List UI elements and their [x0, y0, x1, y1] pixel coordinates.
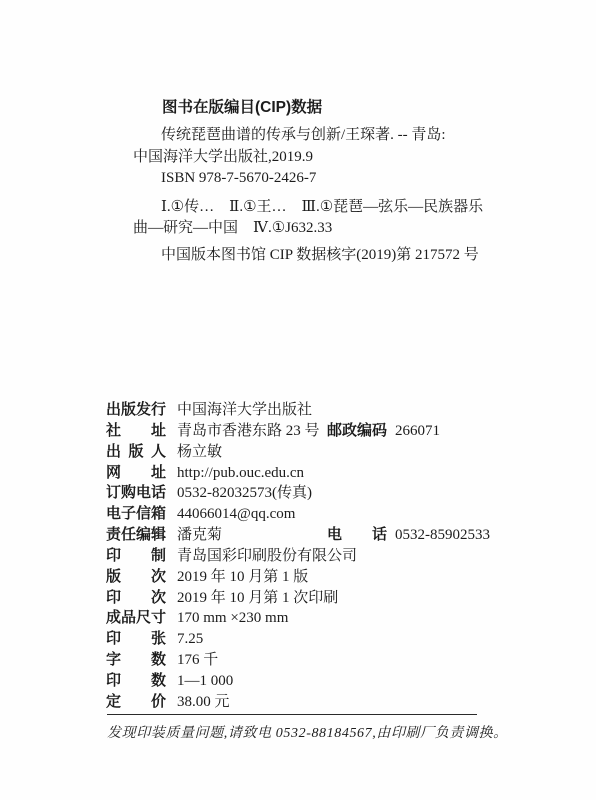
colophon-row-size: 成品尺寸170 mm ×230 mm: [0, 608, 596, 629]
colophon-row-email: 电子信箱44066014@qq.com: [0, 504, 596, 525]
cip-title-statement-line: 传统琵琶曲谱的传承与创新/王琛著. -- 青岛:: [133, 125, 503, 147]
colophon-row-publisher: 出版发行中国海洋大学出版社: [0, 400, 596, 421]
colophon-row-printer: 印制青岛国彩印刷股份有限公司: [0, 546, 596, 567]
colophon-row-order-phone: 订购电话0532-82032573(传真): [0, 483, 596, 504]
field-label: 成品尺寸: [106, 608, 166, 629]
field-label: 责任编辑: [106, 525, 166, 546]
colophon-row-print-run: 印数1—1 000: [0, 671, 596, 692]
book-copyright-page: 图书在版编目(CIP)数据 传统琵琶曲谱的传承与创新/王琛著. -- 青岛: 中…: [0, 0, 596, 800]
colophon-row-word-count: 字数176 千: [0, 650, 596, 671]
field-label-phone: 电话: [327, 525, 387, 546]
field-label: 电子信箱: [106, 504, 166, 525]
cip-classification-line-2: 曲—研究—中国 Ⅳ.①J632.33: [133, 218, 503, 240]
field-label: 订购电话: [106, 483, 166, 504]
field-value: 0532-82032573(传真): [177, 485, 312, 501]
field-value: 1—1 000: [177, 673, 233, 689]
field-label: 印制: [106, 546, 166, 567]
field-label: 字数: [106, 650, 166, 671]
cip-section-title: 图书在版编目(CIP)数据: [162, 99, 322, 117]
colophon-row-sheets: 印张7.25: [0, 629, 596, 650]
isbn-line: ISBN 978-7-5670-2426-7: [133, 168, 503, 190]
field-value-phone: 0532-85902533: [395, 525, 490, 546]
field-value: 38.00 元: [177, 694, 230, 710]
field-value: 杨立敏: [177, 444, 222, 460]
colophon-row-editor: 责任编辑潘克菊 电话0532-85902533: [0, 525, 596, 546]
field-value: 青岛市香港东路 23 号: [177, 423, 320, 439]
cip-data-block: 传统琵琶曲谱的传承与创新/王琛著. -- 青岛: 中国海洋大学出版社,2019.…: [133, 125, 503, 266]
field-label: 出版发行: [106, 400, 166, 421]
colophon-row-edition: 版次2019 年 10 月第 1 版: [0, 567, 596, 588]
field-label: 出版人: [106, 442, 166, 463]
field-value-postcode: 266071: [395, 421, 440, 442]
field-label: 印次: [106, 588, 166, 609]
cip-classification-line-1: Ⅰ.①传… Ⅱ.①王… Ⅲ.①琵琶—弦乐—民族器乐: [133, 197, 503, 219]
colophon-table: 出版发行中国海洋大学出版社 社址青岛市香港东路 23 号 邮政编码266071 …: [0, 400, 596, 713]
cip-record-number-line: 中国版本图书馆 CIP 数据核字(2019)第 217572 号: [133, 245, 503, 267]
field-label: 定价: [106, 692, 166, 713]
field-value: 潘克菊: [177, 527, 222, 543]
colophon-row-publisher-person: 出版人杨立敏: [0, 442, 596, 463]
field-label: 印张: [106, 629, 166, 650]
footer-divider-line: [107, 714, 477, 715]
colophon-row-website: 网址http://pub.ouc.edu.cn: [0, 463, 596, 484]
field-label: 网址: [106, 463, 166, 484]
field-value: 7.25: [177, 631, 203, 647]
field-label: 社址: [106, 421, 166, 442]
colophon-row-address: 社址青岛市香港东路 23 号 邮政编码266071: [0, 421, 596, 442]
field-value: 170 mm ×230 mm: [177, 610, 288, 626]
field-value: 44066014@qq.com: [177, 506, 295, 522]
field-value: 青岛国彩印刷股份有限公司: [177, 548, 357, 564]
field-label: 印数: [106, 671, 166, 692]
field-value: 2019 年 10 月第 1 次印刷: [177, 590, 338, 606]
field-label: 版次: [106, 567, 166, 588]
field-label-postcode: 邮政编码: [327, 421, 387, 442]
quality-notice: 发现印装质量问题,请致电 0532-88184567,由印刷厂负责调换。: [107, 724, 508, 744]
field-value: 2019 年 10 月第 1 版: [177, 569, 308, 585]
colophon-row-price: 定价38.00 元: [0, 692, 596, 713]
cip-publisher-line: 中国海洋大学出版社,2019.9: [133, 147, 503, 169]
field-value: http://pub.ouc.edu.cn: [177, 465, 304, 481]
field-value: 中国海洋大学出版社: [177, 402, 312, 418]
colophon-row-impression: 印次2019 年 10 月第 1 次印刷: [0, 588, 596, 609]
field-value: 176 千: [177, 652, 218, 668]
